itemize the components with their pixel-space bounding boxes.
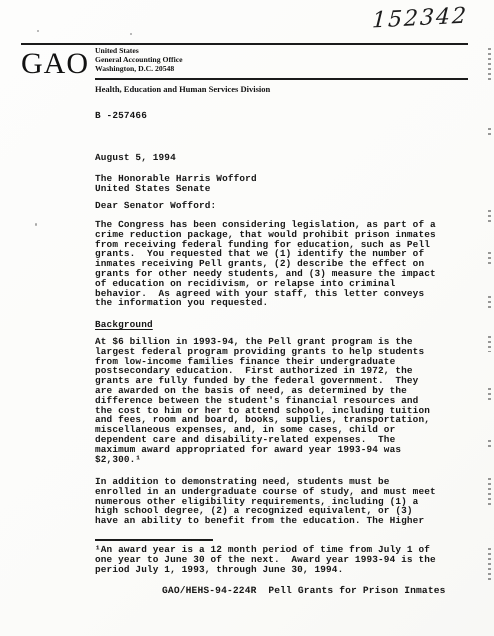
- header-top-rule: [21, 43, 468, 45]
- salutation: Dear Senator Wofford:: [95, 201, 216, 211]
- scan-speck: [130, 33, 132, 35]
- scan-artifact: [488, 336, 491, 352]
- scan-artifact: [488, 548, 491, 582]
- scan-artifact: [488, 440, 491, 450]
- scan-artifact: [488, 210, 491, 222]
- intro-paragraph: The Congress has been considering legisl…: [95, 220, 436, 308]
- scan-speck: [37, 30, 39, 32]
- scan-artifact: [488, 478, 491, 508]
- footnote: ¹An award year is a 12 month period of t…: [95, 545, 436, 574]
- footnote-rule: [95, 539, 213, 541]
- scan-artifact: [488, 252, 491, 266]
- page-footer: GAO/HEHS-94-224R Pell Grants for Prison …: [162, 586, 446, 596]
- scan-artifact: [488, 296, 491, 308]
- handwritten-stamp-number: 152342: [371, 3, 468, 33]
- agency-address: United States General Accounting Office …: [95, 47, 183, 74]
- recipient-address: The Honorable Harris Wofford United Stat…: [95, 174, 257, 194]
- scan-artifact: [488, 128, 491, 138]
- header-divider-rule: [95, 78, 468, 80]
- scanned-letter-page: 152342 GAO United States General Account…: [0, 0, 494, 636]
- scan-speck: [35, 223, 37, 226]
- reference-number: B -257466: [95, 111, 147, 121]
- background-heading: Background: [95, 320, 153, 330]
- scan-artifact: [488, 388, 491, 402]
- division-title: Health, Education and Human Services Div…: [95, 84, 270, 94]
- gao-logo: GAO: [21, 47, 89, 81]
- scan-artifact: [488, 48, 491, 80]
- background-paragraph: At $6 billion in 1993-94, the Pell grant…: [95, 337, 430, 464]
- letter-date: August 5, 1994: [95, 153, 176, 163]
- eligibility-paragraph: In addition to demonstrating need, stude…: [95, 477, 436, 526]
